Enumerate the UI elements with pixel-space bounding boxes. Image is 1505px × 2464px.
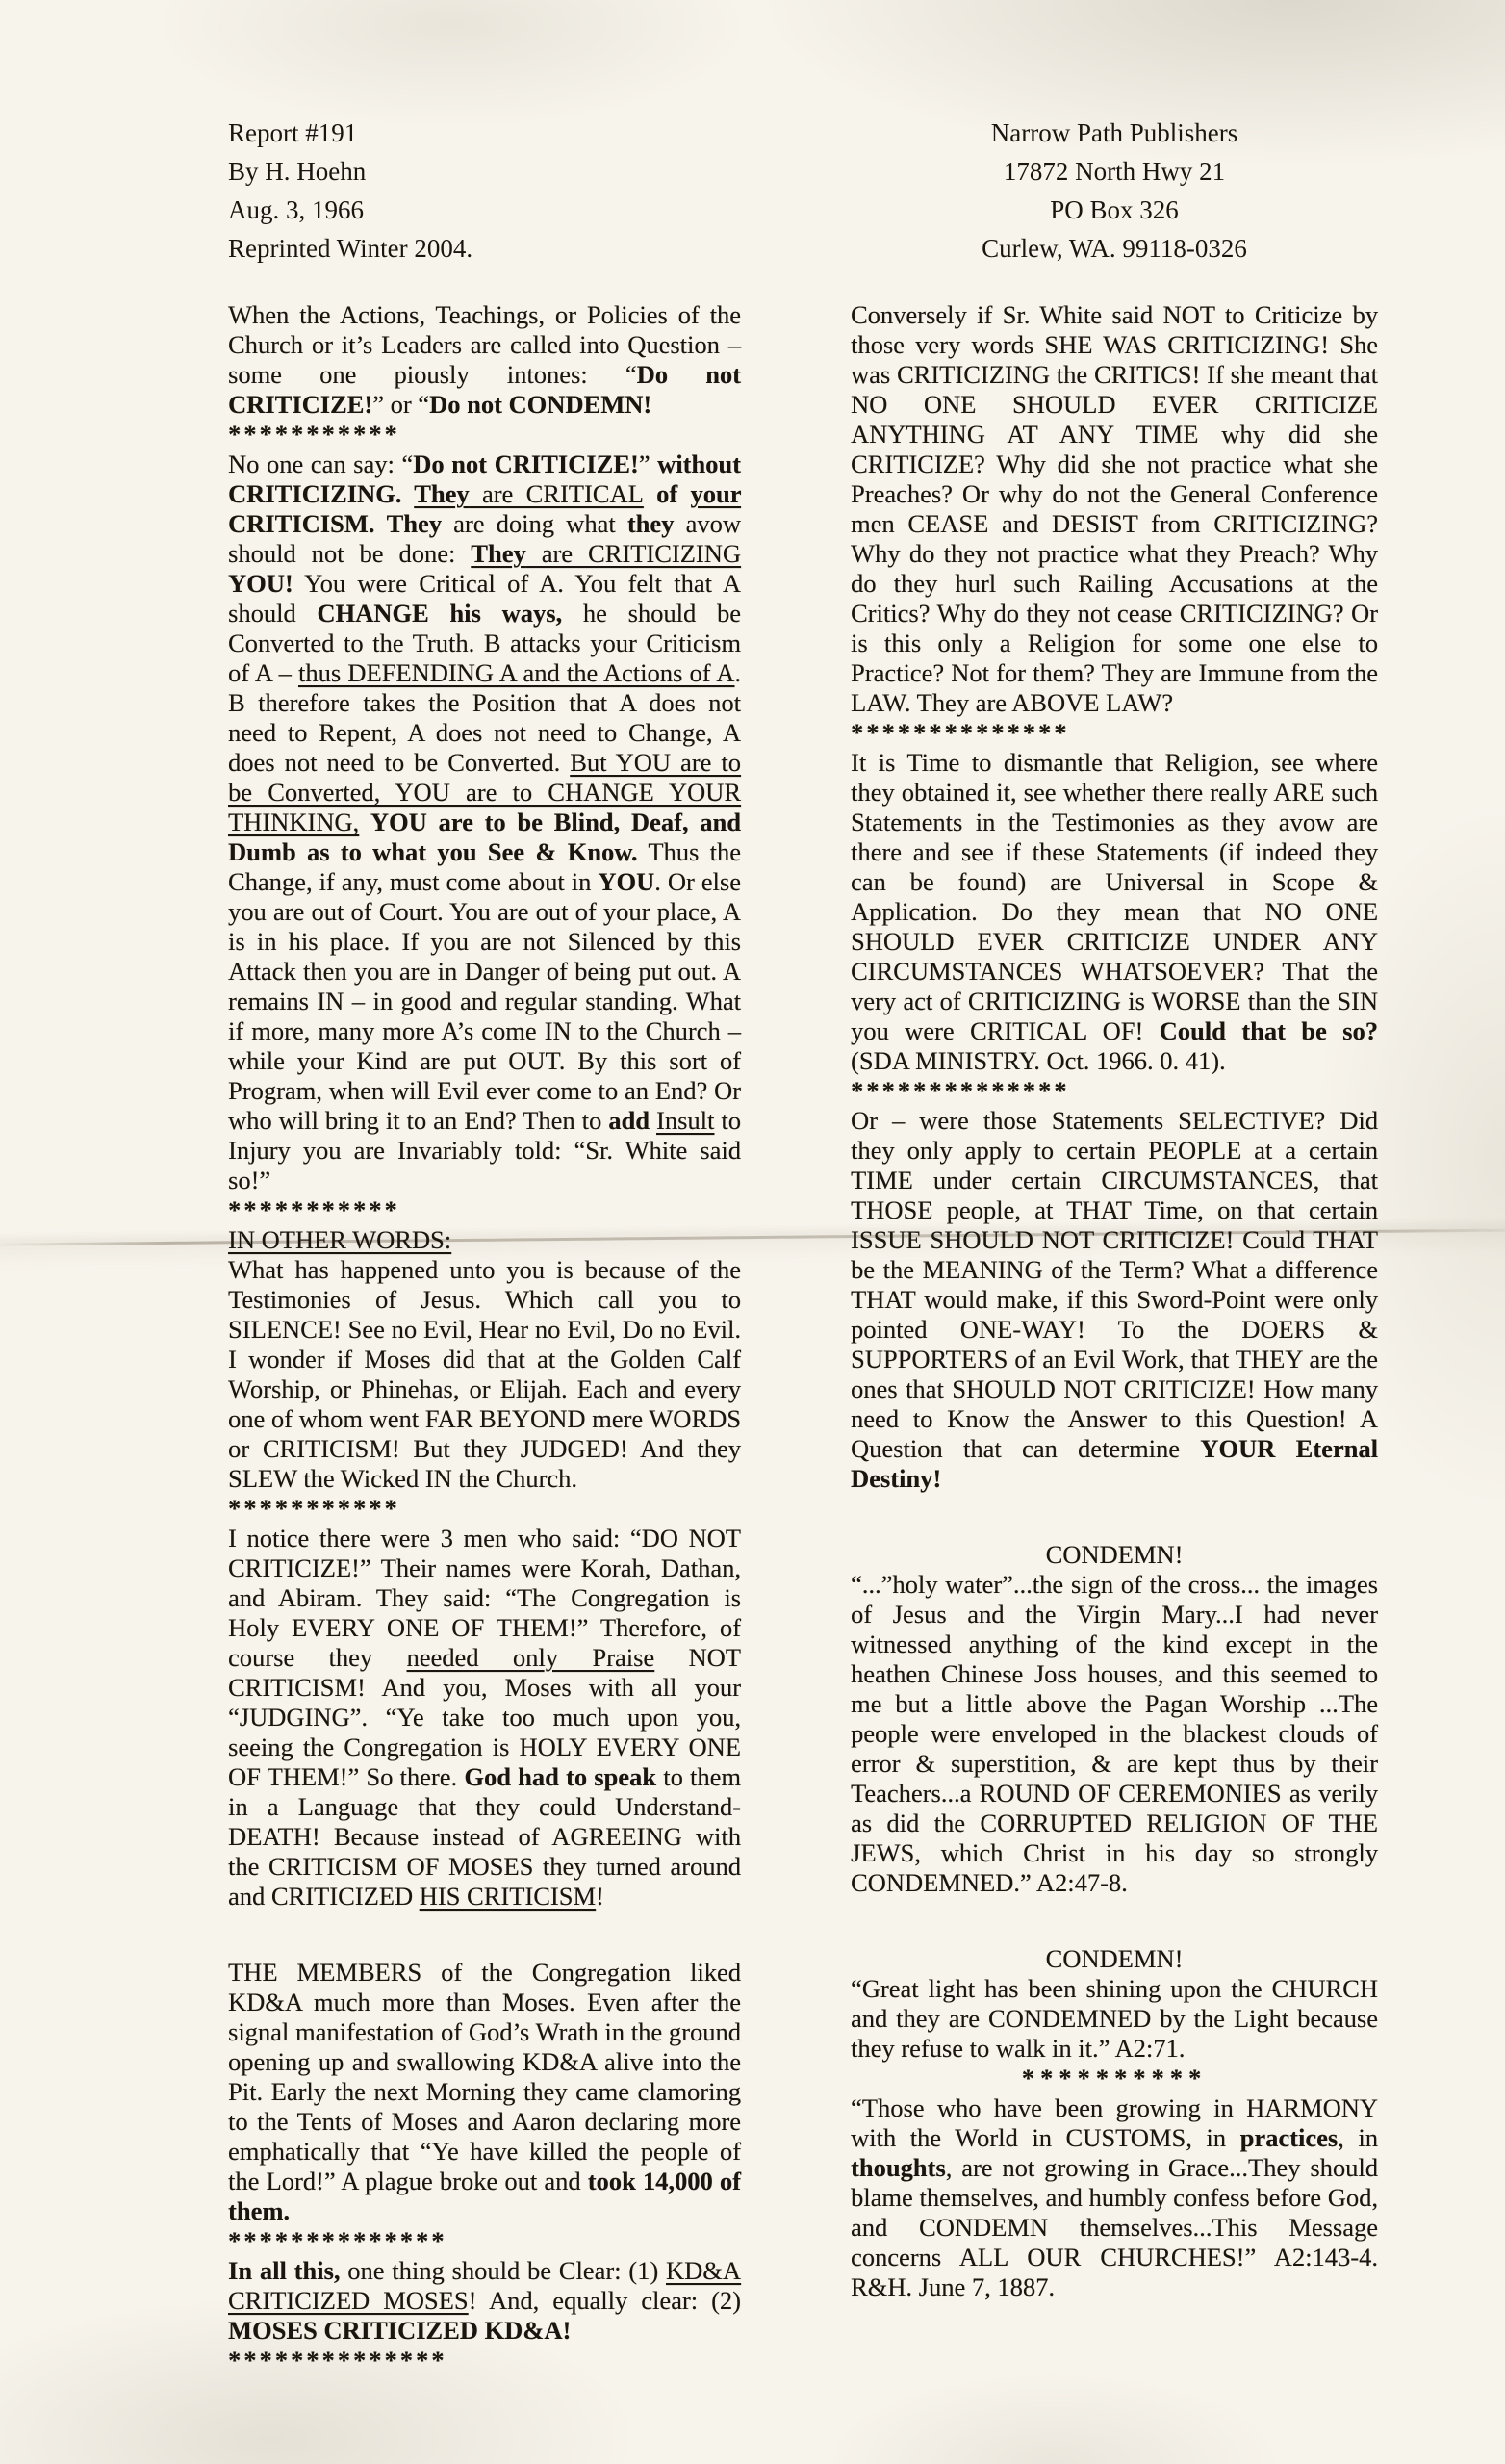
report-number: Report #191: [228, 114, 741, 152]
report-header: Report #191 By H. Hoehn Aug. 3, 1966 Rep…: [228, 114, 741, 268]
section-heading: CONDEMN!: [851, 1944, 1378, 1974]
paragraph: In all this, one thing should be Clear: …: [228, 2256, 741, 2346]
publisher-city: Curlew, WA. 99118-0326: [851, 229, 1378, 268]
stars-separator: ***********: [228, 420, 741, 449]
stars-separator: **************: [851, 1076, 1378, 1106]
right-column-text: Conversely if Sr. White said NOT to Crit…: [851, 300, 1378, 2302]
publisher-street: 17872 North Hwy 21: [851, 152, 1378, 191]
paragraph: What has happened unto you is because of…: [228, 1255, 741, 1494]
stars-separator: **************: [228, 2346, 741, 2375]
stars-separator: ***********: [228, 1494, 741, 1524]
stars-separator: **********: [851, 2064, 1378, 2093]
paragraph: IN OTHER WORDS:: [228, 1225, 741, 1255]
stars-separator: ***********: [228, 1195, 741, 1225]
stars-separator: **************: [228, 2226, 741, 2256]
paragraph: “...”holy water”...the sign of the cross…: [851, 1570, 1378, 1898]
publisher-name: Narrow Path Publishers: [851, 114, 1378, 152]
paragraph: “Those who have been growing in HARMONY …: [851, 2093, 1378, 2302]
paragraph: “Great light has been shining upon the C…: [851, 1974, 1378, 2064]
publisher-header: Narrow Path Publishers 17872 North Hwy 2…: [851, 114, 1378, 268]
paragraph: Or – were those Statements SELECTIVE? Di…: [851, 1106, 1378, 1494]
right-column: Narrow Path Publishers 17872 North Hwy 2…: [851, 114, 1378, 2302]
paragraph: No one can say: “Do not CRITICIZE!” with…: [228, 449, 741, 1195]
publisher-pobox: PO Box 326: [851, 191, 1378, 229]
paragraph: It is Time to dismantle that Religion, s…: [851, 748, 1378, 1076]
paragraph: I notice there were 3 men who said: “DO …: [228, 1524, 741, 1912]
left-column: Report #191 By H. Hoehn Aug. 3, 1966 Rep…: [228, 114, 741, 2375]
paragraph: Conversely if Sr. White said NOT to Crit…: [851, 300, 1378, 718]
paragraph: THE MEMBERS of the Congregation liked KD…: [228, 1958, 741, 2226]
left-column-text: When the Actions, Teachings, or Policies…: [228, 300, 741, 2375]
paragraph: When the Actions, Teachings, or Policies…: [228, 300, 741, 420]
report-date: Aug. 3, 1966: [228, 191, 741, 229]
stars-separator: **************: [851, 718, 1378, 748]
scanned-page: Report #191 By H. Hoehn Aug. 3, 1966 Rep…: [0, 0, 1505, 2464]
report-reprint-note: Reprinted Winter 2004.: [228, 229, 741, 268]
report-author: By H. Hoehn: [228, 152, 741, 191]
section-heading: CONDEMN!: [851, 1540, 1378, 1570]
